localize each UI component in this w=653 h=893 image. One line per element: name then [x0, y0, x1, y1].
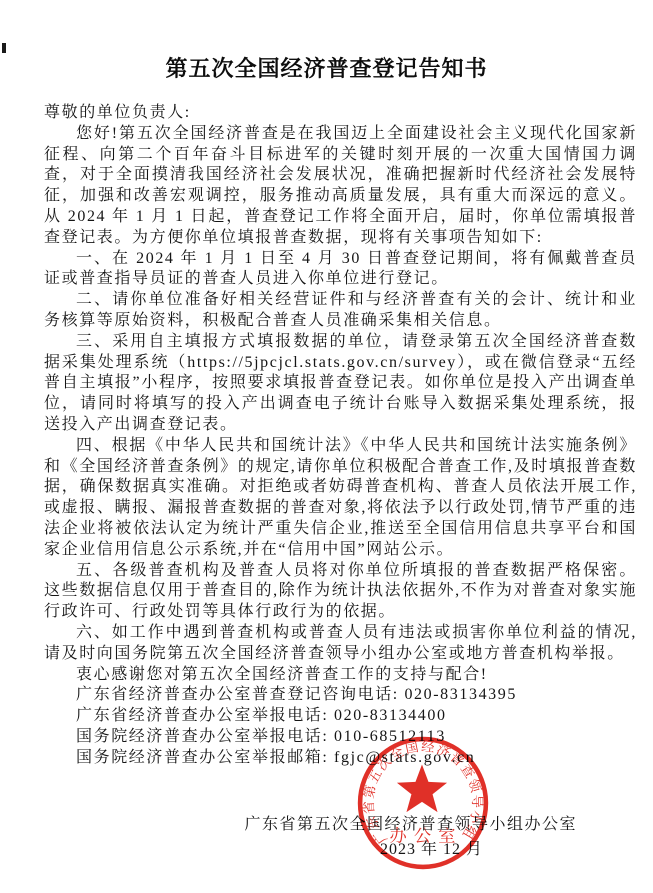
- page-title: 第五次全国经济普查登记告知书: [0, 0, 653, 83]
- salutation: 尊敬的单位负责人:: [44, 103, 637, 124]
- body-paragraph-intro: 您好!第五次全国经济普查是在我国迈上全面建设社会主义现代化国家新征程、向第二个百…: [44, 124, 637, 249]
- contact-line-consult-phone: 广东省经济普查办公室普查登记咨询电话: 020-83134395: [44, 685, 637, 706]
- thanks-line: 衷心感谢您对第五次全国经济普查工作的支持与配合!: [44, 665, 637, 686]
- document-page: 第五次全国经济普查登记告知书 尊敬的单位负责人: 您好!第五次全国经济普查是在我…: [0, 0, 653, 893]
- seal-star-icon: [397, 764, 447, 812]
- scan-artifact: [2, 43, 6, 53]
- contact-line-report-phone-gd: 广东省经济普查办公室举报电话: 020-83134400: [44, 706, 637, 727]
- body-paragraph-item1: 一、在 2024 年 1 月 1 日至 4 月 30 日普查登记期间，将有佩戴普…: [44, 249, 637, 291]
- body-paragraph-item4: 四、根据《中华人民共和国统计法》《中华人民共和国统计法实施条例》和《全国经济普查…: [44, 436, 637, 561]
- body-paragraph-item6: 六、如工作中遇到普查机构或普查人员有违法或损害你单位利益的情况,请及时向国务院第…: [44, 623, 637, 665]
- document-body: 尊敬的单位负责人: 您好!第五次全国经济普查是在我国迈上全面建设社会主义现代化国…: [44, 103, 637, 769]
- seal-office-label: 办公室: [390, 827, 463, 846]
- contact-line-report-phone-state: 国务院经济普查办公室举报电话: 010-68512113: [44, 727, 637, 748]
- body-paragraph-item5: 五、各级普查机构及普查人员将对你单位所填报的普查数据严格保密。这些数据信息仅用于…: [44, 561, 637, 623]
- body-paragraph-item3: 三、采用自主填报方式填报数据的单位，请登录第五次全国经济普查数据采集处理系统（h…: [44, 332, 637, 436]
- contact-line-report-email: 国务院经济普查办公室举报邮箱: fgjc@stats.gov.cn: [44, 748, 637, 769]
- body-paragraph-item2: 二、请你单位准备好相关经营证件和与经济普查有关的会计、统计和业务核算等原始资料，…: [44, 290, 637, 332]
- official-seal: 广东省第五次全国经济普查领导小组 办公室: [354, 734, 492, 872]
